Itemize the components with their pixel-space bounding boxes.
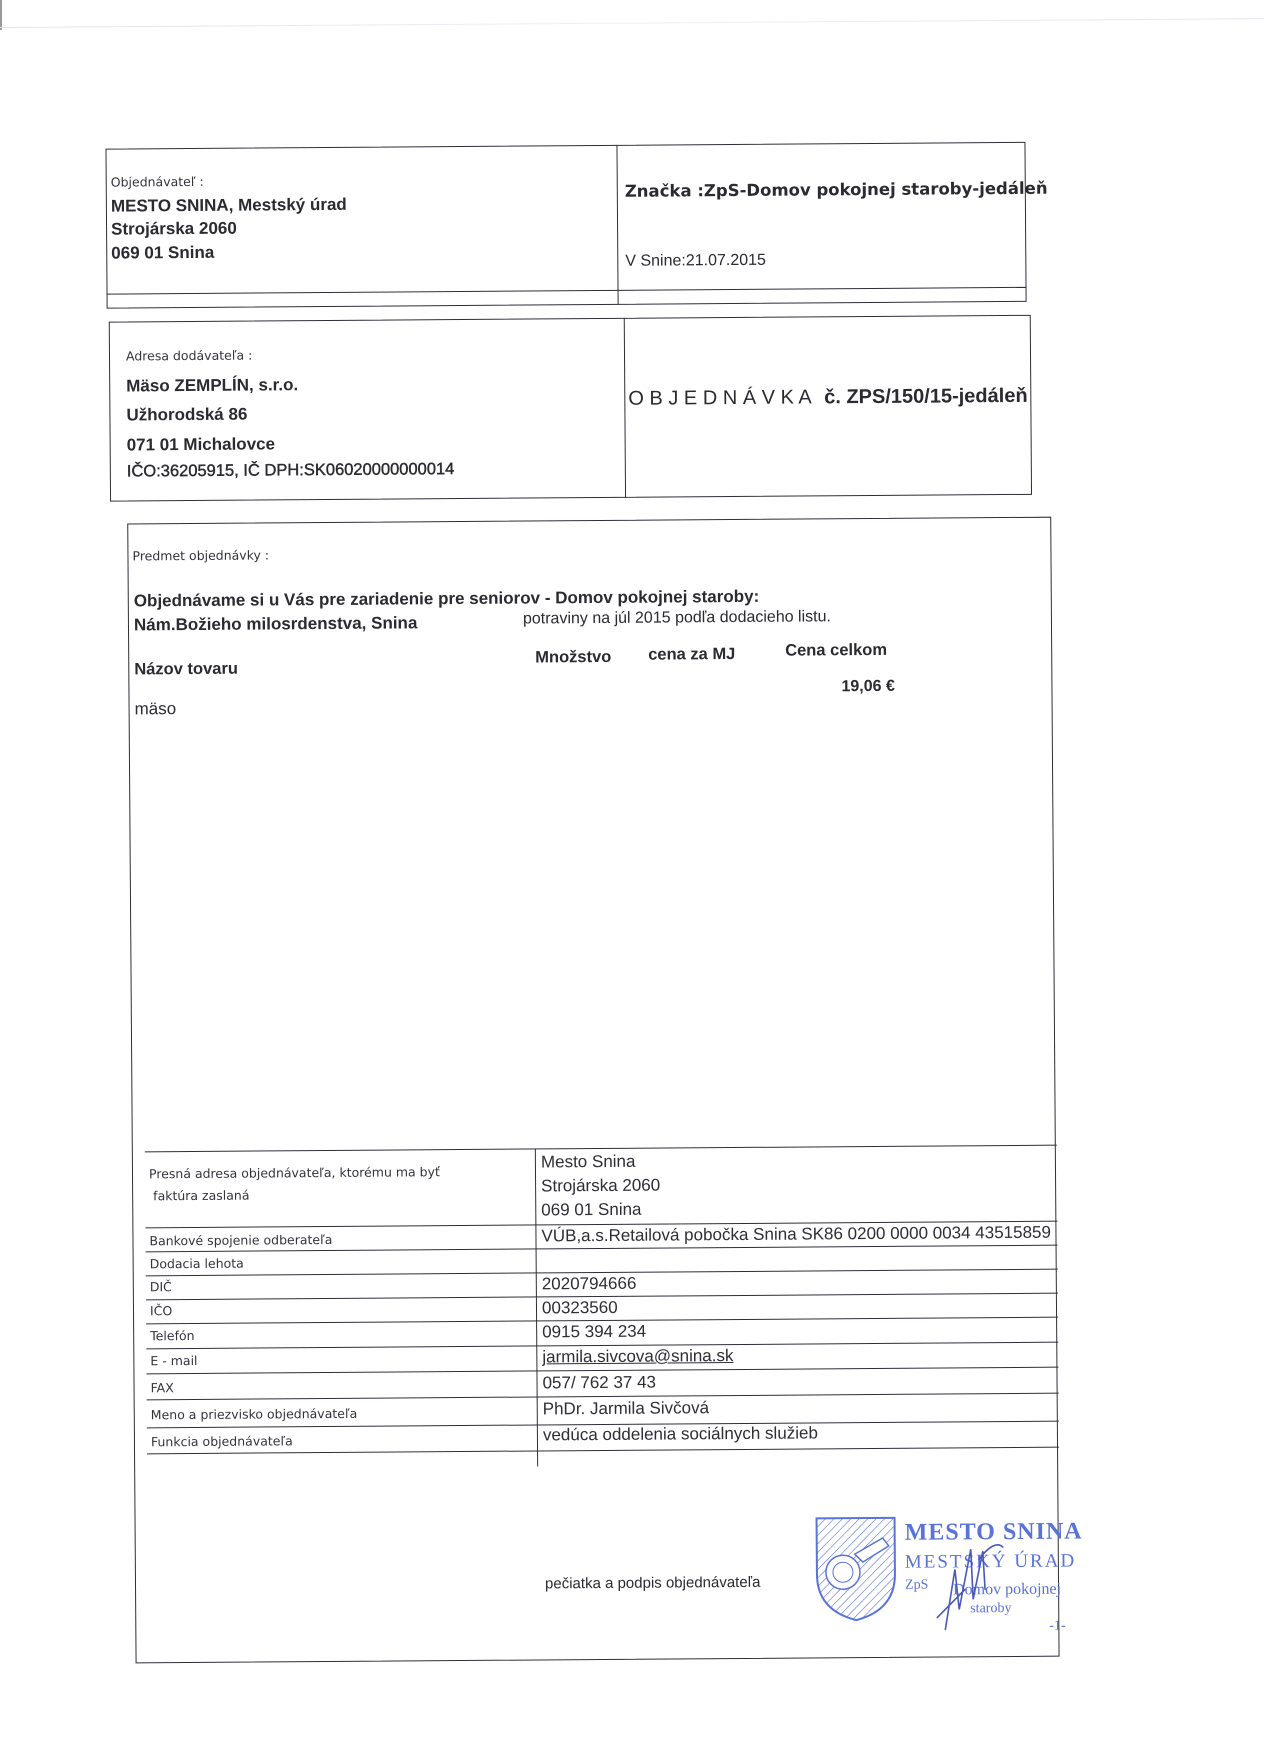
order-mark: Značka :ZpS-Domov pokojnej staroby-jedál… <box>625 179 1048 201</box>
detail-label-name: Meno a priezvisko objednávateľa <box>151 1406 358 1423</box>
order-title-spaced: O B J E D N Á V K A <box>628 386 810 409</box>
detail-value-bank: VÚB,a.s.Retailová pobočka Snina SK86 020… <box>541 1223 1051 1247</box>
detail-label-bank: Bankové spojenie odberateľa <box>149 1232 332 1248</box>
detail-label-ico: IČO <box>150 1303 172 1318</box>
place-date: V Snine:21.07.2015 <box>625 252 766 271</box>
orderer-label: Objednávateľ : <box>111 174 204 190</box>
supplier-ids: IČO:36205915, IČ DPH:SK06020000000014 <box>127 460 455 481</box>
detail-label-delivery: Dodacia lehota <box>150 1256 244 1272</box>
coat-of-arms-icon <box>813 1514 900 1625</box>
order-number: č. ZPS/150/15-jedáleň <box>824 385 1028 408</box>
detail-value-ico: 00323560 <box>542 1298 618 1319</box>
orderer-name: MESTO SNINA, Mestský úrad <box>111 195 347 217</box>
subject-section <box>127 517 1059 1664</box>
detail-label-dic: DIČ <box>150 1279 172 1294</box>
order-form: Objednávateľ : MESTO SNINA, Mestský úrad… <box>0 0 1264 1752</box>
orderer-street: Strojárska 2060 <box>111 219 237 240</box>
detail-value-name: PhDr. Jarmila Sivčová <box>543 1398 709 1419</box>
supplier-label: Adresa dodávateľa : <box>126 348 252 364</box>
column-quantity: Množstvo <box>535 648 611 668</box>
detail-value-dic: 2020794666 <box>542 1274 637 1295</box>
detail-label-invoice-address: Presná adresa objednávateľa, ktorému ma … <box>149 1161 440 1207</box>
column-total: Cena celkom <box>785 641 887 661</box>
orderer-city: 069 01 Snina <box>111 243 214 264</box>
official-stamp: MESTO SNINA MESTSKÝ ÚRAD ZpS Domov pokoj… <box>804 1506 1095 1638</box>
supplier-street: Užhorodská 86 <box>126 405 247 426</box>
subject-line2-detail: potraviny na júl 2015 podľa dodacieho li… <box>523 608 831 628</box>
supplier-city: 071 01 Michalovce <box>127 434 276 455</box>
subject-label: Predmet objednávky : <box>132 547 269 563</box>
handwritten-signature-icon <box>925 1529 1006 1640</box>
email-link[interactable]: jarmila.sivcova@snina.sk <box>542 1346 733 1367</box>
detail-value-invoice-address: Mesto Snina Strojárska 2060 069 01 Snina <box>541 1150 661 1223</box>
item-name: mäso <box>135 699 177 719</box>
column-unit-price: cena za MJ <box>648 645 735 665</box>
detail-label-function: Funkcia objednávateľa <box>151 1433 293 1449</box>
orderer-section <box>105 142 1026 309</box>
stamp-number: -1- <box>1049 1619 1065 1635</box>
detail-value-function: vedúca oddelenia sociálnych služieb <box>543 1423 818 1445</box>
detail-label-phone: Telefón <box>150 1328 194 1343</box>
signature-label: pečiatka a podpis objednávateľa <box>545 1574 760 1593</box>
column-item-name: Názov tovaru <box>134 660 238 680</box>
detail-value-phone: 0915 394 234 <box>542 1322 646 1343</box>
supplier-name: Mäso ZEMPLÍN, s.r.o. <box>126 375 298 396</box>
item-total: 19,06 € <box>841 678 895 696</box>
detail-label-email: E - mail <box>150 1353 197 1368</box>
detail-label-fax: FAX <box>151 1380 174 1395</box>
detail-value-fax: 057/ 762 37 43 <box>542 1373 656 1394</box>
subject-line2: Nám.Božieho milosrdenstva, Snina <box>134 613 418 635</box>
order-title: O B J E D N Á V K A č. ZPS/150/15-jedále… <box>628 385 1027 411</box>
